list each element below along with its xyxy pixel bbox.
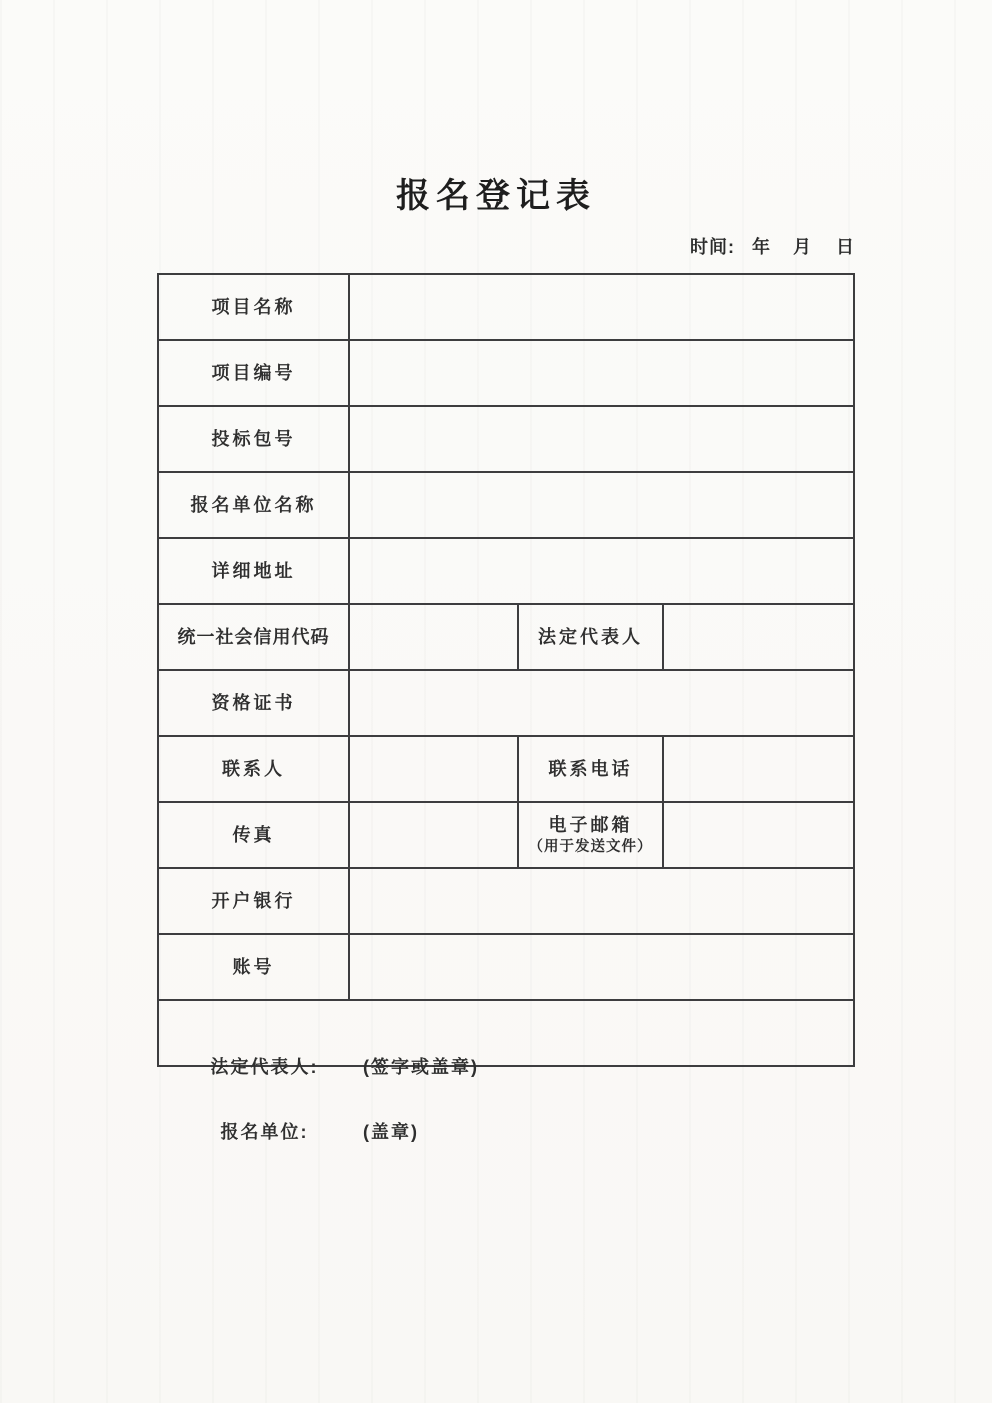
row-account-number: 账号 — [158, 934, 854, 1000]
date-line: 时间:年月日 — [690, 233, 855, 259]
detailed-address-label: 详细地址 — [158, 538, 349, 604]
row-signature-block: 法定代表人:(签字或盖章) 报名单位:(盖章) — [158, 1000, 854, 1066]
bid-package-number-label: 投标包号 — [158, 406, 349, 472]
contact-person-value-cell — [349, 736, 518, 802]
contact-phone-value-cell — [663, 736, 854, 802]
legal-representative-value-cell — [663, 604, 854, 670]
row-detailed-address: 详细地址 — [158, 538, 854, 604]
page-title: 报名登记表 — [0, 168, 992, 217]
row-project-name: 项目名称 — [158, 274, 854, 340]
registration-form-table: 项目名称 项目编号 投标包号 报名单位名称 详细地址 统一社会信用代码 — [157, 273, 855, 1067]
signature-block-cell: 法定代表人:(签字或盖章) 报名单位:(盖章) — [158, 1000, 854, 1066]
email-value-cell — [663, 802, 854, 868]
account-number-label: 账号 — [158, 934, 349, 1000]
row-bank: 开户银行 — [158, 868, 854, 934]
legal-rep-signature-line: 法定代表人:(签字或盖章) — [166, 1053, 479, 1079]
bid-package-number-value-cell — [349, 406, 854, 472]
row-bid-package-number: 投标包号 — [158, 406, 854, 472]
applicant-unit-name-label: 报名单位名称 — [158, 472, 349, 538]
credit-code-value-cell — [349, 604, 518, 670]
email-label-note: （用于发送文件） — [519, 838, 662, 856]
legal-representative-label: 法定代表人 — [518, 604, 663, 670]
scanned-document-page: 报名登记表 时间:年月日 项目名称 项目编号 投标包号 报名单位名称 — [0, 0, 992, 1403]
applicant-unit-seal-label: 报名单位: — [166, 1118, 363, 1144]
credit-code-label: 统一社会信用代码 — [158, 604, 349, 670]
legal-rep-signature-note: (签字或盖章) — [363, 1057, 479, 1077]
bank-label: 开户银行 — [158, 868, 349, 934]
date-day-label: 日 — [836, 237, 855, 257]
qualification-certificate-value-cell — [349, 670, 854, 736]
applicant-unit-name-value-cell — [349, 472, 854, 538]
row-credit-code: 统一社会信用代码 法定代表人 — [158, 604, 854, 670]
qualification-certificate-label: 资格证书 — [158, 670, 349, 736]
project-number-value-cell — [349, 340, 854, 406]
project-number-label: 项目编号 — [158, 340, 349, 406]
row-contact-person: 联系人 联系电话 — [158, 736, 854, 802]
fax-label: 传真 — [158, 802, 349, 868]
account-number-value-cell — [349, 934, 854, 1000]
date-month-label: 月 — [793, 237, 812, 257]
email-label-text: 电子邮箱 — [549, 815, 633, 835]
applicant-unit-seal-line: 报名单位:(盖章) — [166, 1118, 419, 1144]
project-name-label: 项目名称 — [158, 274, 349, 340]
row-applicant-unit-name: 报名单位名称 — [158, 472, 854, 538]
date-prefix-label: 时间: — [690, 237, 735, 257]
row-project-number: 项目编号 — [158, 340, 854, 406]
date-year-label: 年 — [752, 237, 771, 257]
applicant-unit-seal-note: (盖章) — [363, 1122, 419, 1142]
row-qualification-certificate: 资格证书 — [158, 670, 854, 736]
project-name-value-cell — [349, 274, 854, 340]
contact-phone-label: 联系电话 — [518, 736, 663, 802]
bank-value-cell — [349, 868, 854, 934]
email-label: 电子邮箱 （用于发送文件） — [518, 802, 663, 868]
detailed-address-value-cell — [349, 538, 854, 604]
row-fax: 传真 电子邮箱 （用于发送文件） — [158, 802, 854, 868]
fax-value-cell — [349, 802, 518, 868]
legal-rep-signature-label: 法定代表人: — [166, 1053, 363, 1079]
contact-person-label: 联系人 — [158, 736, 349, 802]
